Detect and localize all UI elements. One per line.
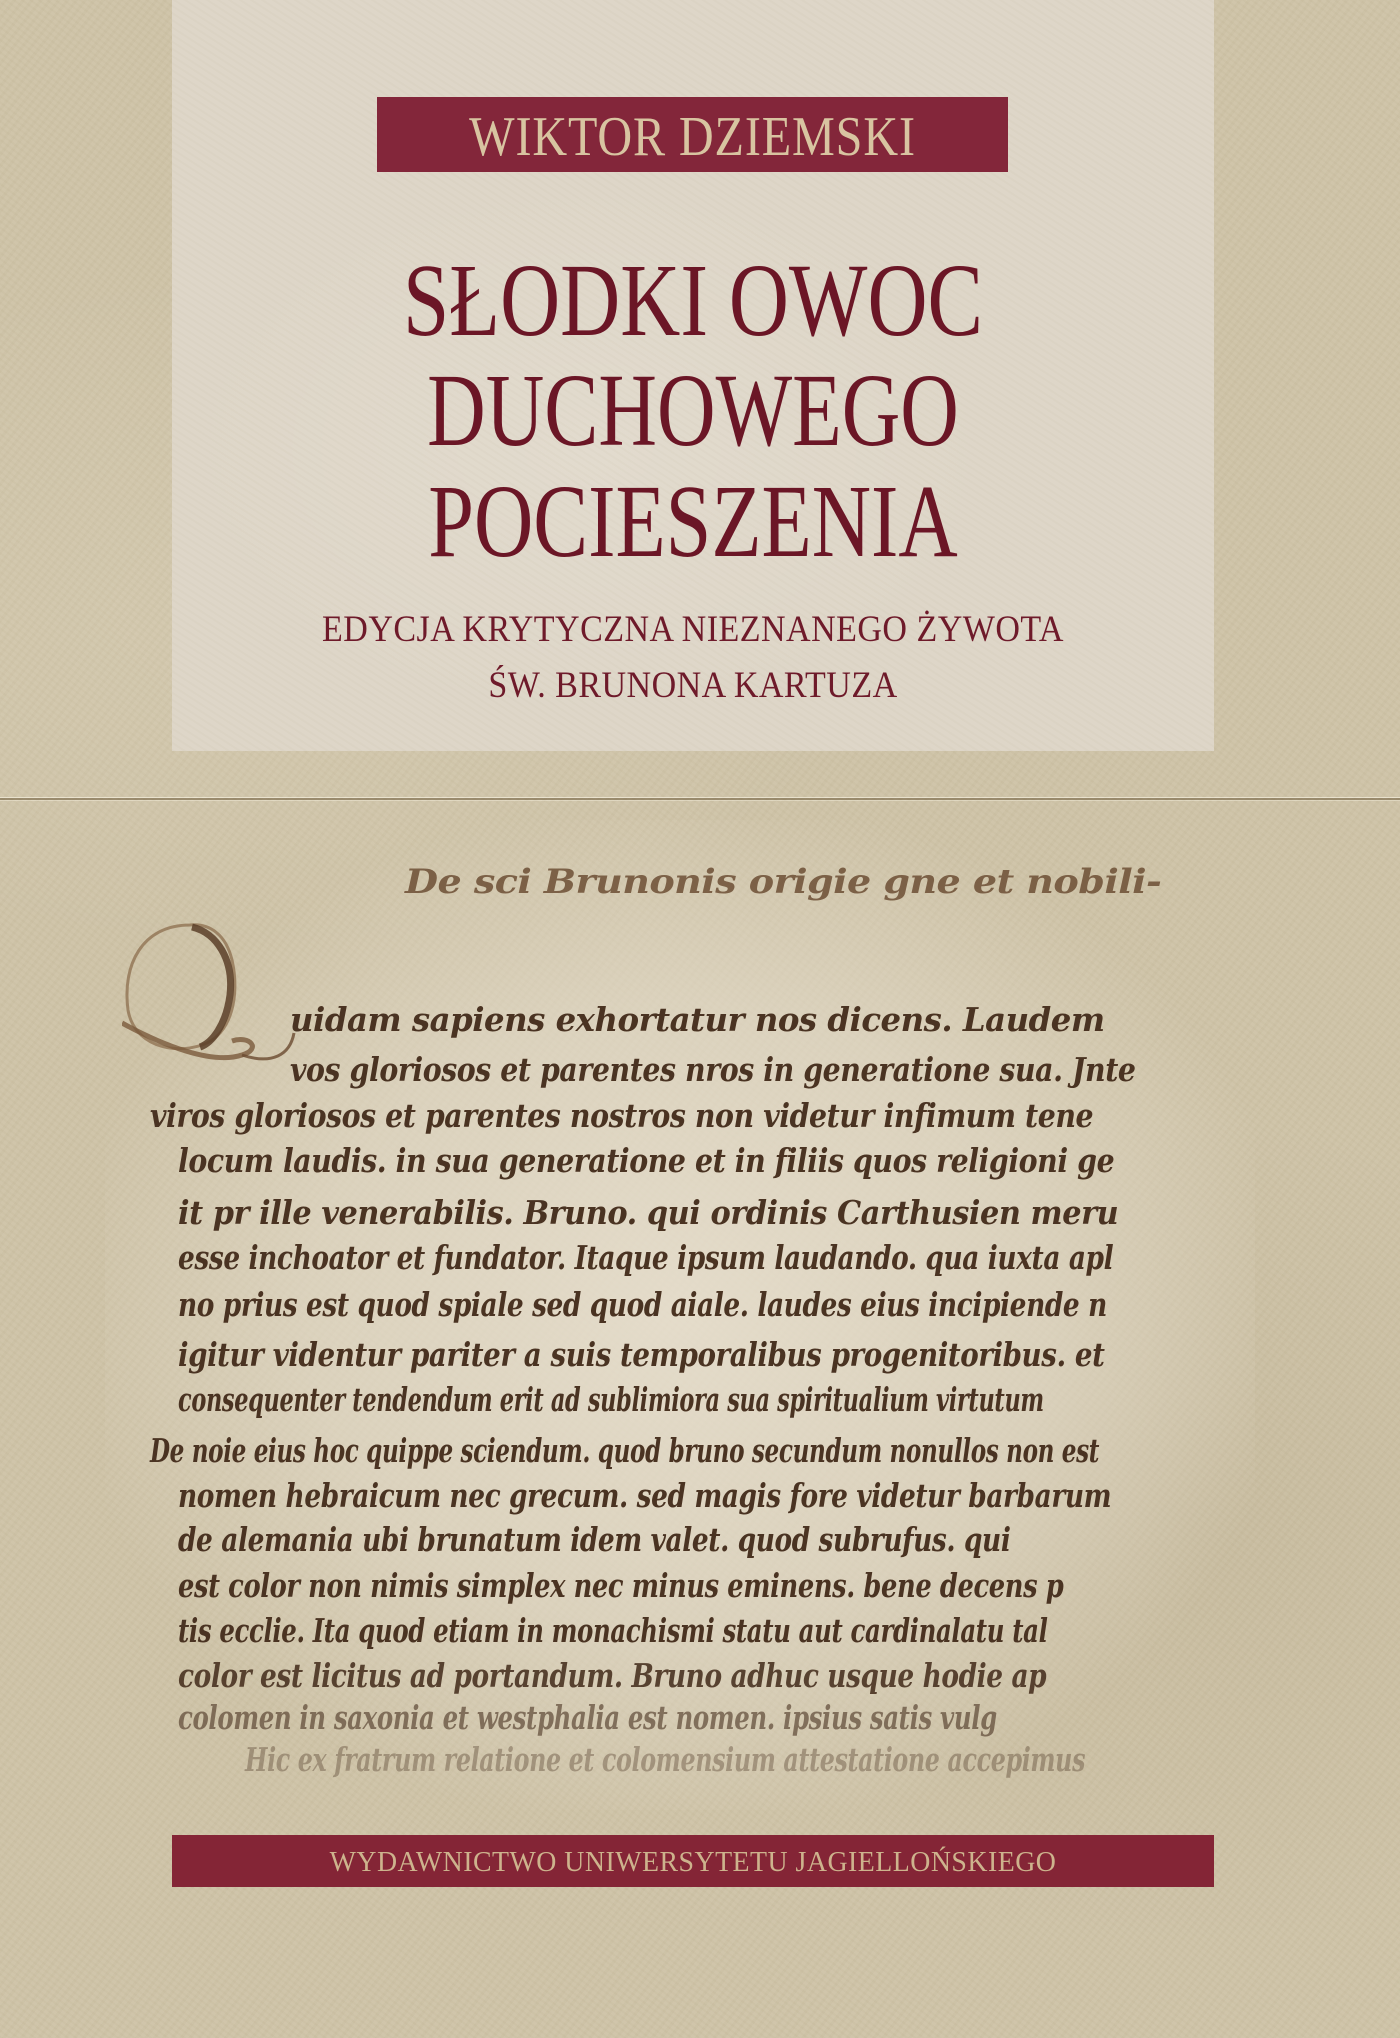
manuscript-line: no prius est quod spiale sed quod aiale.… <box>178 1285 1107 1325</box>
manuscript-line: vos gloriosos et parentes nros in genera… <box>290 1050 1136 1090</box>
manuscript-line: Hic ex fratrum relatione et colomensium … <box>245 1740 1085 1780</box>
manuscript-line: igitur videntur pariter a suis temporali… <box>178 1335 1105 1375</box>
manuscript-line: de alemania ubi brunatum idem valet. quo… <box>178 1520 1010 1560</box>
illuminated-initial-q-icon <box>122 905 302 1080</box>
manuscript-heading: De sci Brunonis origie gne et nobili- <box>405 862 1161 902</box>
publisher-name: WYDAWNICTWO UNIWERSYTETU JAGIELLOŃSKIEGO <box>193 1835 1193 1887</box>
manuscript-line: color est licitus ad portandum. Bruno ad… <box>178 1656 1046 1696</box>
manuscript-line: tis ecclie. Ita quod etiam in monachismi… <box>178 1611 1047 1651</box>
paper-fold-line <box>0 797 1400 801</box>
manuscript-line: esse inchoator et fundator. Itaque ipsum… <box>178 1238 1113 1278</box>
author-name: WIKTOR DZIEMSKI <box>421 97 964 172</box>
manuscript-line: colomen in saxonia et westphalia est nom… <box>178 1698 997 1738</box>
book-title-line-1: SŁODKI OWOC <box>276 246 1110 356</box>
subtitle-line-2: ŚW. BRUNONA KARTUZA <box>214 664 1173 708</box>
subtitle-line-1: EDYCJA KRYTYCZNA NIEZNANEGO ŻYWOTA <box>214 608 1173 652</box>
book-title-line-3: POCIESZENIA <box>281 467 1104 577</box>
book-title-line-2: DUCHOWEGO <box>287 356 1100 466</box>
manuscript-line: uidam sapiens exhortatur nos dicens. Lau… <box>290 1000 1105 1040</box>
manuscript-line: nomen hebraicum nec grecum. sed magis fo… <box>178 1476 1111 1516</box>
author-band: WIKTOR DZIEMSKI <box>377 97 1008 172</box>
manuscript-line: it pr ille venerabilis. Bruno. qui ordin… <box>178 1193 1118 1233</box>
manuscript-line: consequenter tendendum erit ad sublimior… <box>178 1380 1044 1420</box>
manuscript-line: viros gloriosos et parentes nostros non … <box>150 1096 1093 1136</box>
manuscript-line: locum laudis. in sua generatione et in f… <box>178 1141 1114 1181</box>
manuscript-line: est color non nimis simplex nec minus em… <box>178 1566 1063 1606</box>
publisher-band: WYDAWNICTWO UNIWERSYTETU JAGIELLOŃSKIEGO <box>172 1835 1214 1887</box>
manuscript-line: De noie eius hoc quippe sciendum. quod b… <box>150 1431 1099 1471</box>
